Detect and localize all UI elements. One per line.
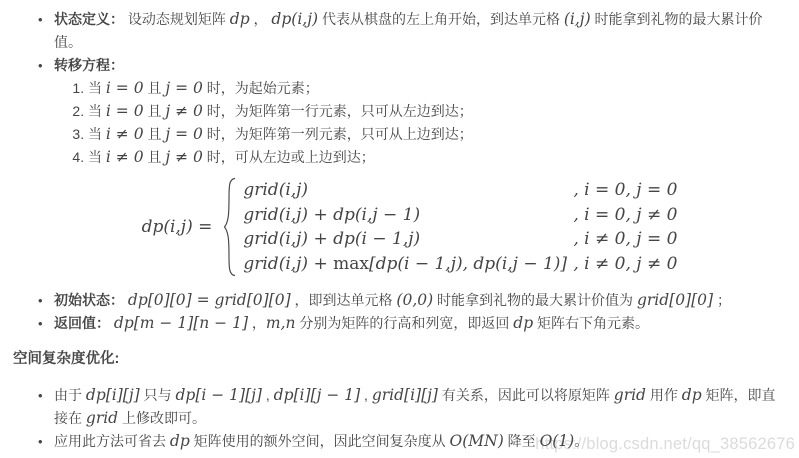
return-value-text: 返回值： dp[m − 1][n − 1] ，m,n 分别为矩阵的行高和列宽，即… — [54, 315, 649, 331]
formula-case-row: grid(i,j) , i = 0, j = 0 — [243, 178, 677, 203]
formula-case-row: grid(i,j) + max[dp(i − 1,j), dp(i,j − 1)… — [243, 252, 677, 277]
transfer-condition-1: 当 i = 0 且 j = 0 时，为起始元素； — [88, 77, 785, 100]
transfer-condition-4: 当 i ≠ 0 且 j ≠ 0 时，可从左边或上边到达； — [88, 146, 785, 169]
formula-case-row: grid(i,j) + dp(i,j − 1) , i = 0, j ≠ 0 — [243, 203, 677, 228]
case-expression: grid(i,j) + max[dp(i − 1,j), dp(i,j − 1)… — [243, 252, 573, 277]
case-condition: , i = 0, j = 0 — [573, 178, 677, 203]
dp-recurrence-formula: dp(i,j) = grid(i,j) , i = 0, j = 0 grid(… — [54, 177, 765, 277]
formula-cases: grid(i,j) , i = 0, j = 0 grid(i,j) + dp(… — [243, 178, 677, 276]
list-item-transfer-equation: 转移方程： 当 i = 0 且 j = 0 时，为起始元素； 当 i = 0 且… — [54, 54, 785, 277]
case-condition: , i ≠ 0, j = 0 — [573, 227, 677, 252]
transfer-condition-3: 当 i ≠ 0 且 j = 0 时，为矩阵第一列元素，只可从上边到达； — [88, 123, 785, 146]
transfer-condition-2: 当 i = 0 且 j ≠ 0 时，为矩阵第一行元素，只可从左边到达； — [88, 100, 785, 123]
list-item-return-value: 返回值： dp[m − 1][n − 1] ，m,n 分别为矩阵的行高和列宽，即… — [54, 312, 785, 335]
list-item-state-definition: 状态定义： 设动态规划矩阵 dp ， dp(i,j) 代表从棋盘的左上角开始，到… — [54, 8, 785, 54]
space-complexity-heading: 空间复杂度优化: — [13, 348, 785, 371]
case-expression: grid(i,j) — [243, 178, 573, 203]
initial-state-text: 初始状态： dp[0][0] = grid[0][0] ，即到达单元格 (0,0… — [54, 292, 731, 308]
state-definition-text: 状态定义： 设动态规划矩阵 dp ， dp(i,j) 代表从棋盘的左上角开始，到… — [54, 11, 763, 50]
formula-case-row: grid(i,j) + dp(i − 1,j) , i ≠ 0, j = 0 — [243, 227, 677, 252]
transfer-equation-label: 转移方程： — [54, 57, 124, 73]
formula-lhs: dp(i,j) = — [142, 216, 213, 239]
left-curly-brace-icon — [222, 177, 237, 277]
algorithm-definition-list: 状态定义： 设动态规划矩阵 dp ， dp(i,j) 代表从棋盘的左上角开始，到… — [10, 8, 785, 335]
list-item-initial-state: 初始状态： dp[0][0] = grid[0][0] ，即到达单元格 (0,0… — [54, 289, 785, 312]
list-item-inplace-optimization: 由于 dp[i][j] 只与 dp[i − 1][j] , dp[i][j − … — [54, 384, 785, 430]
case-expression: grid(i,j) + dp(i,j − 1) — [243, 203, 573, 228]
article-content: 状态定义： 设动态规划矩阵 dp ， dp(i,j) 代表从棋盘的左上角开始，到… — [0, 0, 799, 453]
space-optimization-list: 由于 dp[i][j] 只与 dp[i − 1][j] , dp[i][j − … — [10, 384, 785, 453]
case-condition: , i ≠ 0, j ≠ 0 — [573, 252, 677, 277]
transfer-conditions-list: 当 i = 0 且 j = 0 时，为起始元素； 当 i = 0 且 j ≠ 0… — [54, 77, 785, 169]
case-expression: grid(i,j) + dp(i − 1,j) — [243, 227, 573, 252]
case-condition: , i = 0, j ≠ 0 — [573, 203, 677, 228]
list-item-complexity-reduction: 应用此方法可省去 dp 矩阵使用的额外空间，因此空间复杂度从 O(MN) 降至 … — [54, 430, 785, 453]
